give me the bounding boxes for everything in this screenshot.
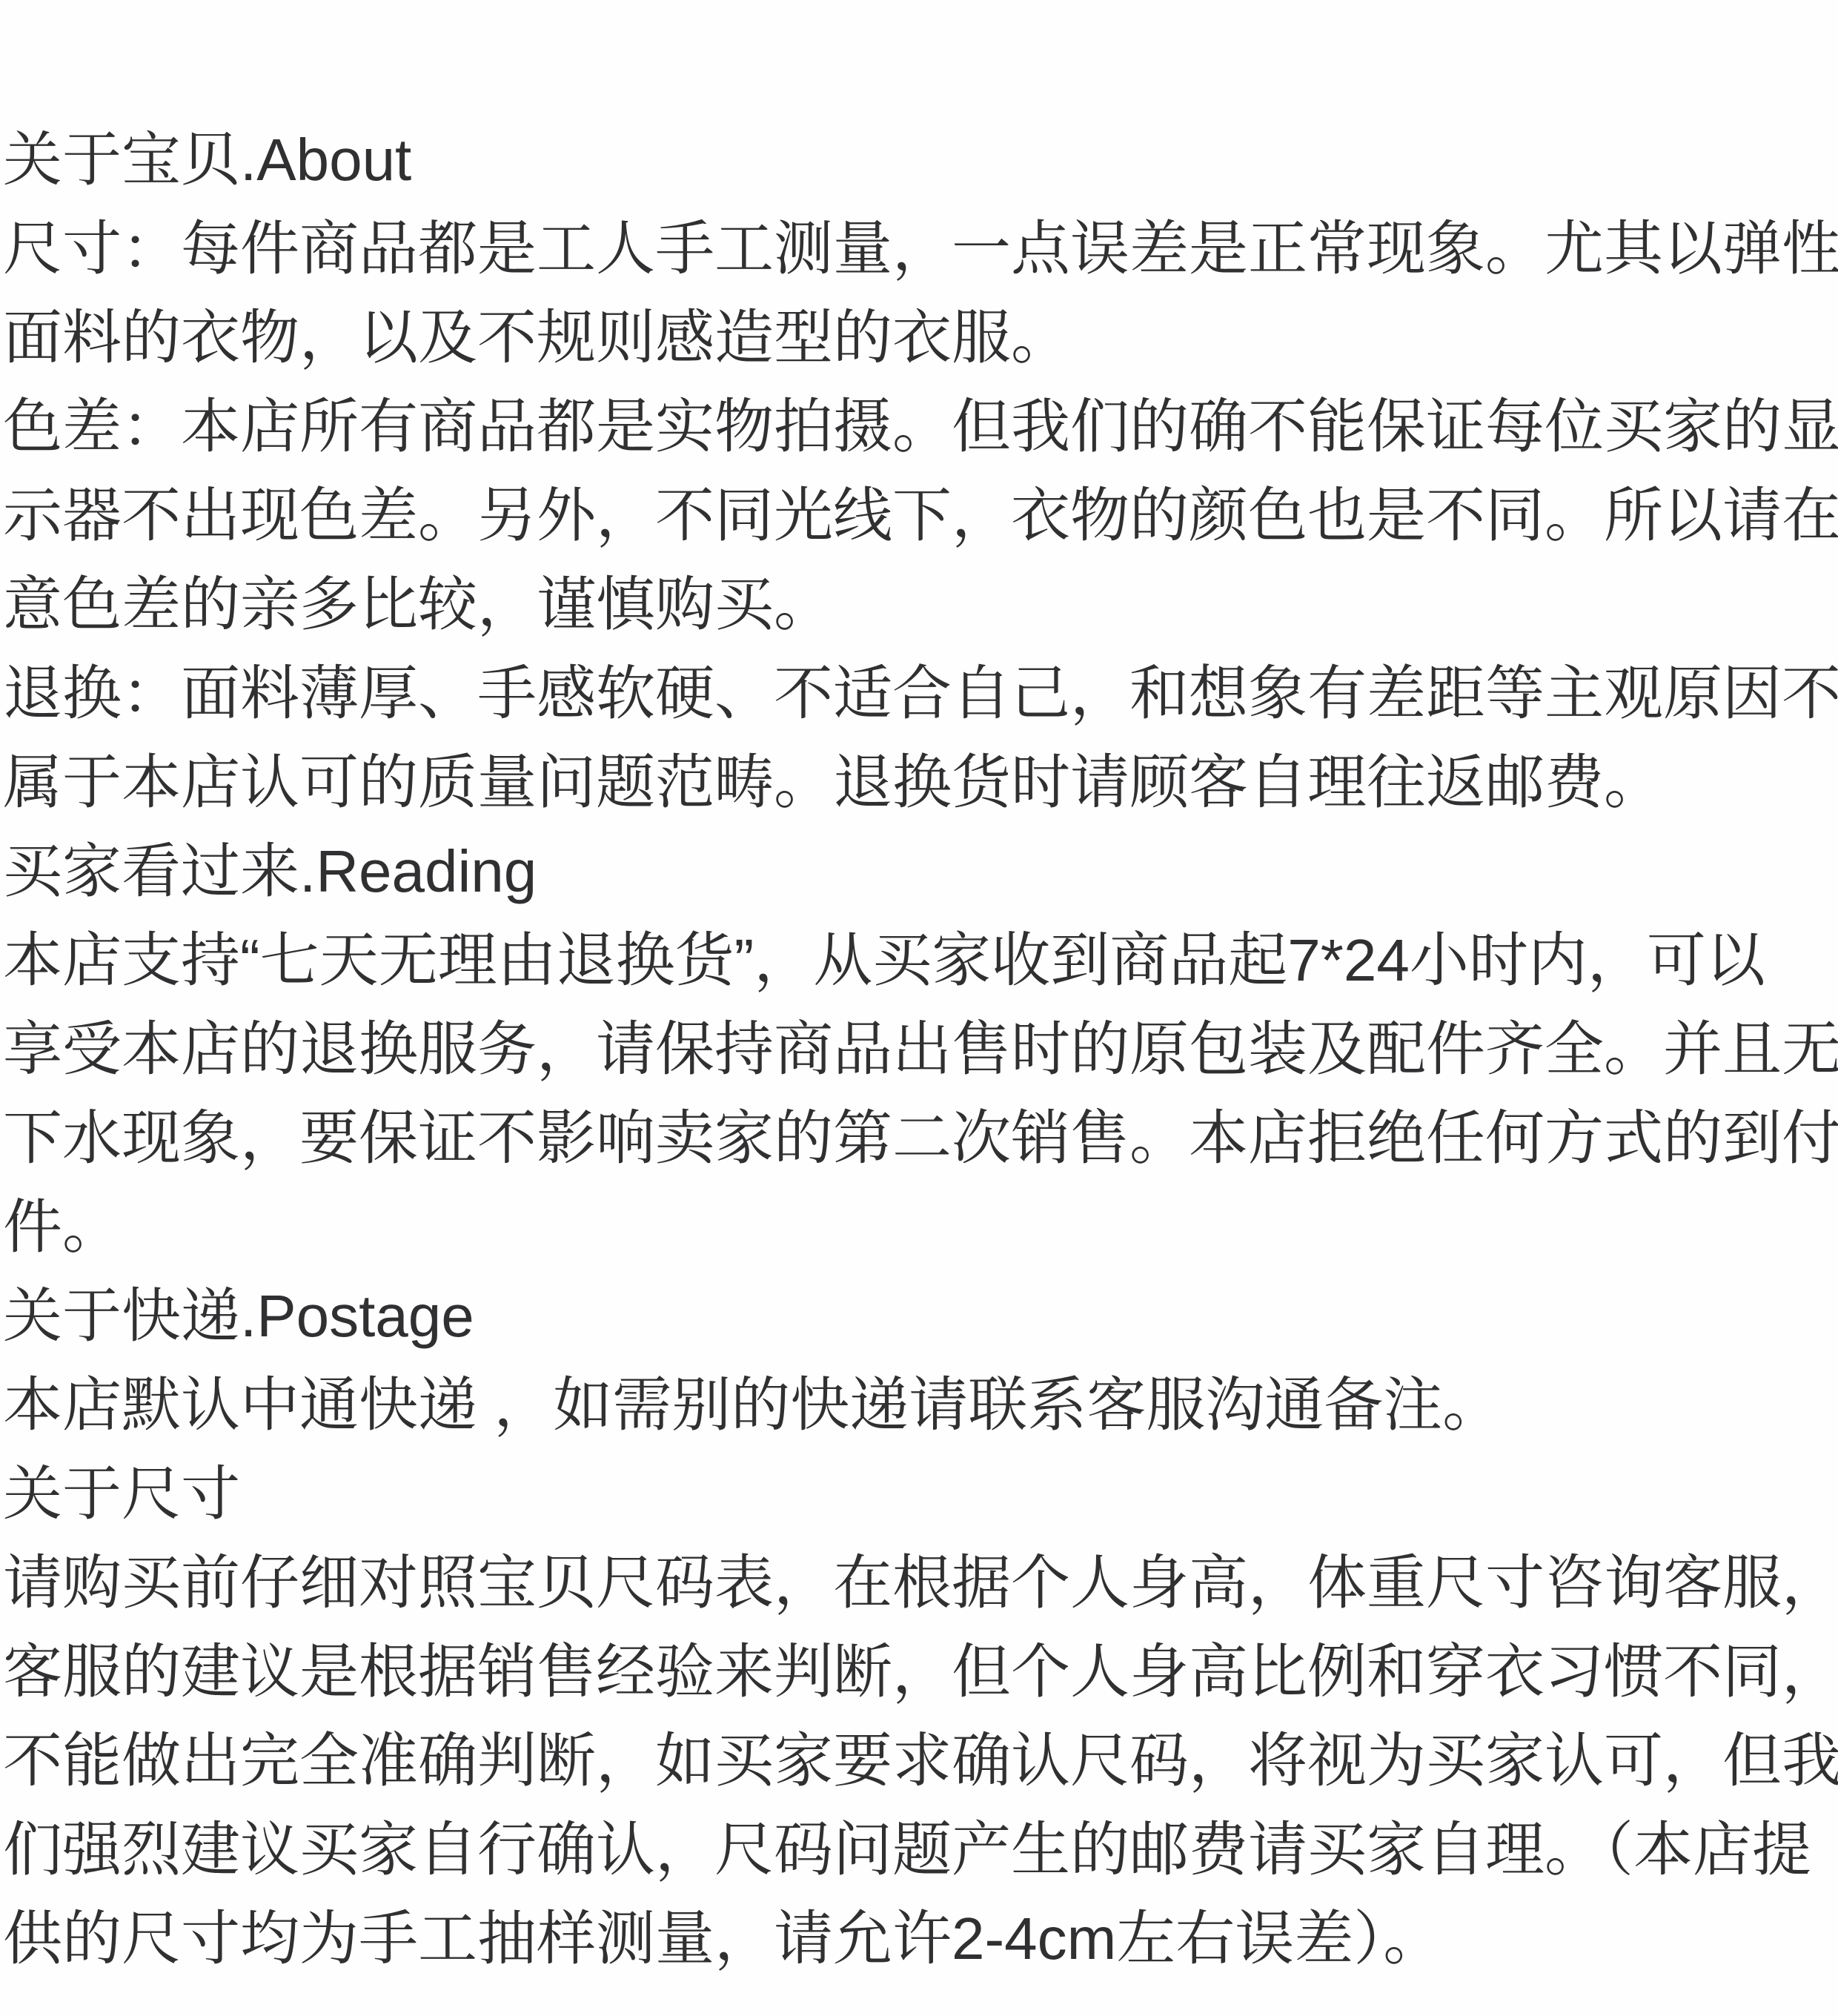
para-size-measure-2: 面料的衣物，以及不规则感造型的衣服。 [3, 294, 1838, 382]
para-seven-day-return-1: 本店支持“七天无理由退换货”，从买家收到商品起7*24小时内，可以 [3, 916, 1838, 1005]
para-return-policy-1: 退换：面料薄厚、手感软硬、不适合自己，和想象有差距等主观原因不 [3, 649, 1838, 738]
para-color-difference-3: 意色差的亲多比较，谨慎购买。 [3, 560, 1838, 649]
para-size-measure-1: 尺寸：每件商品都是工人手工测量，一点误差是正常现象。尤其以弹性 [3, 205, 1838, 294]
para-seven-day-return-4: 件。 [3, 1183, 1838, 1272]
para-sizing-advice-5: 供的尺寸均为手工抽样测量，请允许2-4cm左右误差）。 [3, 1894, 1838, 1983]
para-color-difference-2: 示器不出现色差。另外，不同光线下，衣物的颜色也是不同。所以请在 [3, 471, 1838, 560]
para-sizing-advice-2: 客服的建议是根据销售经验来判断，但个人身高比例和穿衣习惯不同， [3, 1628, 1838, 1717]
para-sizing-advice-1: 请购买前仔细对照宝贝尺码表，在根据个人身高，体重尺寸咨询客服， [3, 1539, 1838, 1628]
heading-size: 关于尺寸 [3, 1450, 1838, 1539]
para-seven-day-return-2: 享受本店的退换服务，请保持商品出售时的原包装及配件齐全。并且无 [3, 1005, 1838, 1094]
heading-about: 关于宝贝.About [3, 116, 1838, 205]
heading-postage: 关于快递.Postage [3, 1272, 1838, 1361]
heading-reading: 买家看过来.Reading [3, 827, 1838, 916]
para-color-difference-1: 色差：本店所有商品都是实物拍摄。但我们的确不能保证每位买家的显 [3, 382, 1838, 471]
para-sizing-advice-4: 们强烈建议买家自行确认，尺码问题产生的邮费请买家自理。（本店提 [3, 1806, 1838, 1894]
para-sizing-advice-3: 不能做出完全准确判断，如买家要求确认尺码，将视为买家认可，但我 [3, 1717, 1838, 1806]
para-return-policy-2: 属于本店认可的质量问题范畴。退换货时请顾客自理往返邮费。 [3, 738, 1838, 827]
para-seven-day-return-3: 下水现象，要保证不影响卖家的第二次销售。本店拒绝任何方式的到付 [3, 1094, 1838, 1183]
para-courier: 本店默认中通快递 ，如需别的快递请联系客服沟通备注。 [3, 1361, 1838, 1450]
product-notice-text: 关于宝贝.About 尺寸：每件商品都是工人手工测量，一点误差是正常现象。尤其以… [0, 0, 1838, 2016]
